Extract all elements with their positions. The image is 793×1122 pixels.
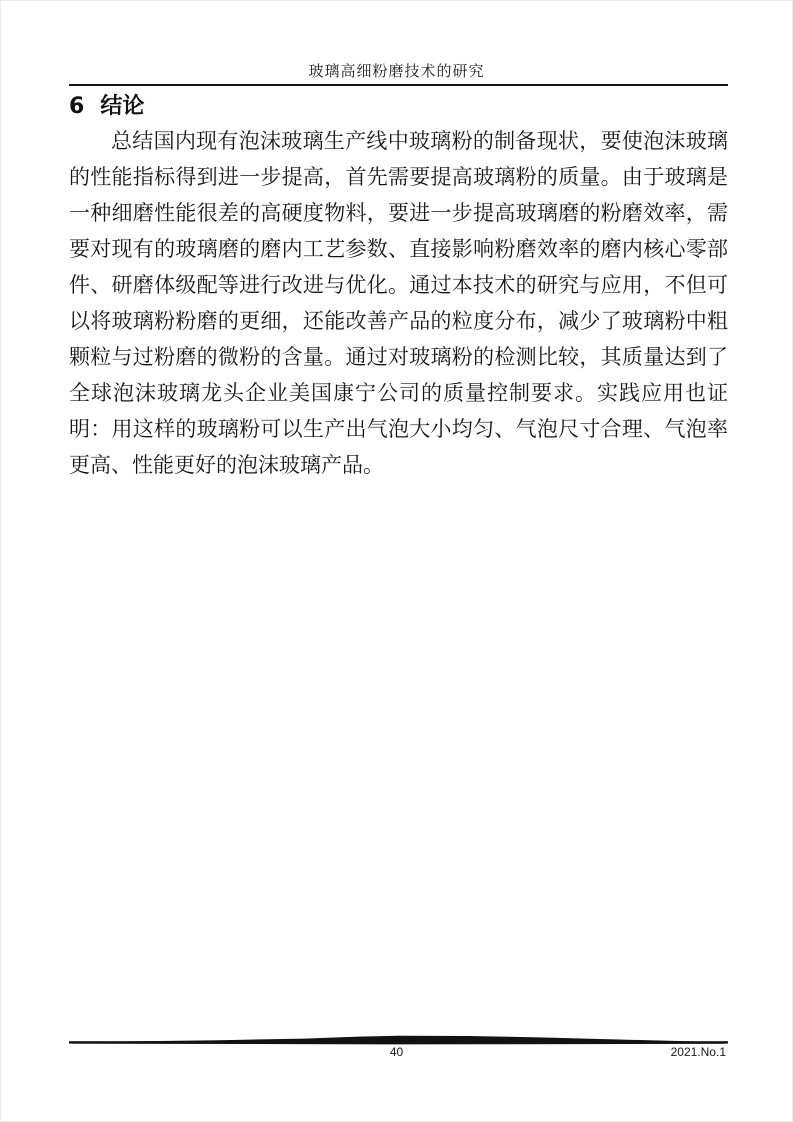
issue-label: 2021.No.1 — [671, 1045, 726, 1059]
section-heading: 6 结论 — [69, 89, 144, 120]
document-page: 玻璃高细粉磨技术的研究 6 结论 总结国内现有泡沫玻璃生产线中玻璃粉的制备现状，… — [0, 0, 793, 1122]
section-number: 6 — [69, 94, 84, 119]
conclusion-paragraph: 总结国内现有泡沫玻璃生产线中玻璃粉的制备现状，要使泡沫玻璃的性能指标得到进一步提… — [69, 123, 728, 483]
running-header-title: 玻璃高细粉磨技术的研究 — [1, 60, 792, 81]
header-rule — [69, 84, 728, 86]
section-title: 结论 — [100, 89, 144, 120]
